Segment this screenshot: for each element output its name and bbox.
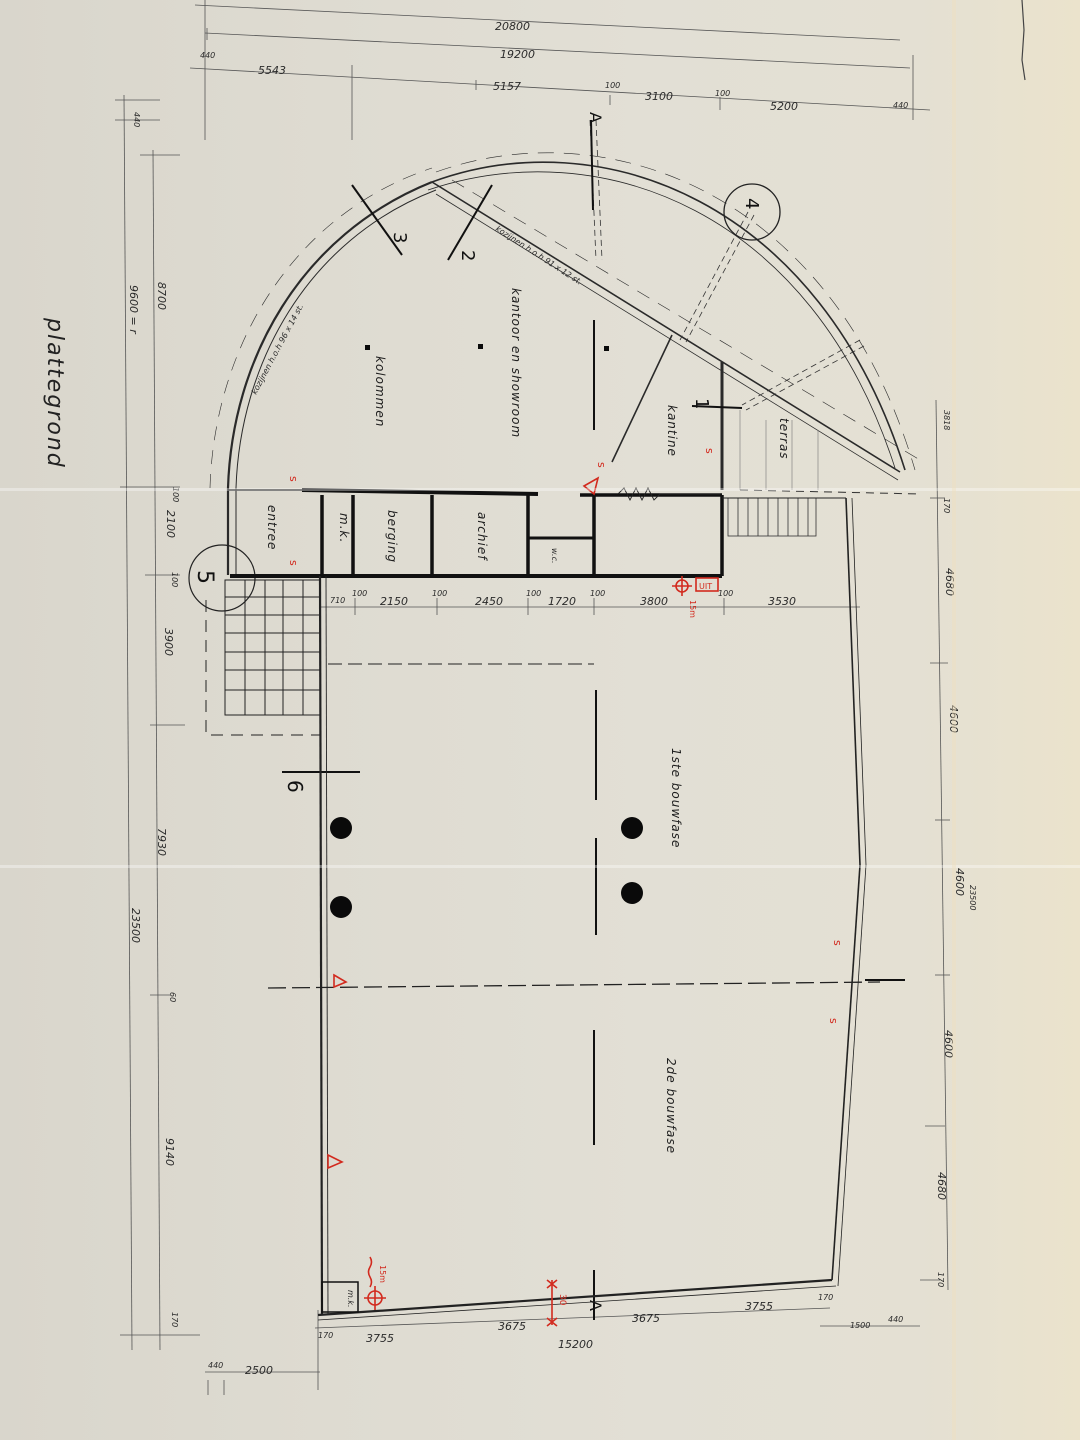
room-label-fase2: 2de bouwfase xyxy=(664,1058,678,1154)
dim-top-seg-2: 5157 xyxy=(493,80,521,93)
entree-portico xyxy=(206,580,320,735)
dim-mid-10: 100 xyxy=(718,589,733,598)
room-label-kolommen: kolommen xyxy=(373,356,387,427)
paper-fold-vertical xyxy=(952,0,956,1440)
dim-top-left-margin: 440 xyxy=(200,51,215,60)
room-label-mk: m.k. xyxy=(337,513,351,543)
annotation-kozijnen-arc: kozijnen h.o.h 96 x 14 st. xyxy=(250,303,305,396)
room-label-berging: berging xyxy=(385,510,399,563)
svg-text:6: 6 xyxy=(283,780,307,793)
dim-left-overall: 23500 xyxy=(129,908,142,943)
dim-left-seg1: 3900 xyxy=(162,628,175,656)
dim-right-1: 3818 xyxy=(942,410,951,430)
dim-left-radius: 9600 = r xyxy=(127,285,140,335)
annotation-kozijnen-diag: kozijnen h.o.h 91 x 12 st. xyxy=(494,224,584,287)
dim-top-seg-3: 100 xyxy=(605,81,620,90)
dim-left-gap2: 100 xyxy=(170,572,179,587)
red-15m-label-corner: 15m xyxy=(378,1265,387,1283)
column-lines xyxy=(594,320,905,1145)
dim-mid-8: 100 xyxy=(590,589,605,598)
rooms-strip-walls xyxy=(228,490,722,576)
red-30-label: 30 xyxy=(557,1294,567,1306)
svg-text:3: 3 xyxy=(389,232,410,243)
dim-bottom-2: 3755 xyxy=(366,1332,394,1345)
dim-bottom-right-2: 440 xyxy=(888,1315,903,1324)
svg-text:1: 1 xyxy=(691,398,712,409)
dim-right-8: 170 xyxy=(936,1272,945,1287)
dim-left-radius-inner: 8700 xyxy=(155,282,168,310)
stairs xyxy=(728,498,816,536)
dim-bottom-left-2: 2500 xyxy=(245,1364,273,1377)
room-label-wc: w.c. xyxy=(550,548,559,564)
paper-fold-horizontal xyxy=(0,488,1080,491)
dim-mid-4: 100 xyxy=(432,589,447,598)
dim-top-seg-7: 440 xyxy=(893,101,908,110)
svg-text:4: 4 xyxy=(741,198,762,209)
section-marker-1: 1 xyxy=(691,398,742,409)
dim-left-seg2: 7930 xyxy=(155,828,168,856)
red-s-4: s xyxy=(703,448,716,454)
right-dimensions xyxy=(920,400,950,1290)
room-label-entree: entree xyxy=(265,505,279,550)
top-dimensions xyxy=(190,0,930,140)
floor-plan-drawing: plattegrond 20800 19200 440 5543 5157 10… xyxy=(0,0,1080,1440)
room-label-fase1: 1ste bouwfase xyxy=(669,748,683,848)
dim-top-inner: 19200 xyxy=(500,48,535,61)
kantine-wall xyxy=(612,335,672,462)
section-a-line xyxy=(591,120,593,210)
dim-bottom-overall: 15200 xyxy=(558,1338,593,1351)
dim-top-seg-6: 5200 xyxy=(770,100,798,113)
dim-left-top-margin: 440 xyxy=(132,112,141,127)
room-label-kantine: kantine xyxy=(665,405,679,457)
dim-mid-9: 3800 xyxy=(640,595,668,608)
columns xyxy=(330,344,643,918)
red-s-6: s xyxy=(827,1018,840,1024)
dim-mid-7: 1720 xyxy=(548,595,576,608)
bottom-dimensions xyxy=(205,1308,920,1395)
dim-mid-5: 2450 xyxy=(475,595,503,608)
red-s-5: s xyxy=(831,940,844,946)
dim-mid-1: 710 xyxy=(330,596,345,605)
dim-bottom-4: 3675 xyxy=(632,1312,660,1325)
dim-right-2: 170 xyxy=(942,498,951,513)
svg-text:5: 5 xyxy=(192,570,217,584)
red-uit-label: UIT xyxy=(699,582,712,591)
section-lines xyxy=(590,120,864,410)
paper-edge-mark xyxy=(1022,0,1025,80)
red-s-2: s xyxy=(287,560,300,566)
dim-bottom-right-1: 1500 xyxy=(850,1321,870,1330)
dim-top-overall: 20800 xyxy=(495,20,530,33)
floor-plan-sheet: plattegrond 20800 19200 440 5543 5157 10… xyxy=(0,0,1080,1440)
red-15m-label: 15m xyxy=(688,600,697,618)
dim-mid-6: 100 xyxy=(526,589,541,598)
room-label-kantoor: kantoor en showroom xyxy=(509,288,523,438)
curved-facade xyxy=(210,153,915,575)
dim-bottom-6: 170 xyxy=(818,1293,833,1302)
dim-top-seg-4: 3100 xyxy=(645,90,673,103)
paper-fold-horizontal xyxy=(0,865,1080,868)
dim-mid-11: 3530 xyxy=(768,595,796,608)
main-hall-walls xyxy=(268,498,880,1320)
dim-bottom-5: 3755 xyxy=(745,1300,773,1313)
dim-right-7: 4680 xyxy=(935,1172,948,1200)
dim-bottom-left-1: 440 xyxy=(208,1361,223,1370)
terras-grid xyxy=(740,410,920,494)
section-marker-a-top: A xyxy=(586,112,605,123)
dim-mid-2: 100 xyxy=(352,589,367,598)
dim-mid-3: 2150 xyxy=(380,595,408,608)
dim-top-seg-5: 100 xyxy=(715,89,730,98)
room-label-mk-corner: m.k. xyxy=(346,1290,355,1308)
dim-left-bottom: 170 xyxy=(170,1312,179,1327)
dim-right-overall: 23500 xyxy=(968,885,977,910)
room-label-archief: archief xyxy=(475,512,489,561)
section-marker-4: 4 xyxy=(724,184,780,240)
drawing-title: plattegrond xyxy=(42,317,67,469)
dim-left-entree: 2100 xyxy=(164,510,177,538)
dim-bottom-3: 3675 xyxy=(498,1320,526,1333)
svg-text:A: A xyxy=(586,112,605,123)
dim-bottom-1: 170 xyxy=(318,1331,333,1340)
red-s-1: s xyxy=(287,476,300,482)
red-s-3: s xyxy=(595,462,608,468)
dim-left-gap3: 60 xyxy=(168,992,177,1002)
room-label-terras: terras xyxy=(777,418,791,460)
dim-top-seg-1: 5543 xyxy=(258,64,286,77)
dim-left-seg3: 9140 xyxy=(163,1138,176,1166)
svg-text:2: 2 xyxy=(457,250,478,261)
